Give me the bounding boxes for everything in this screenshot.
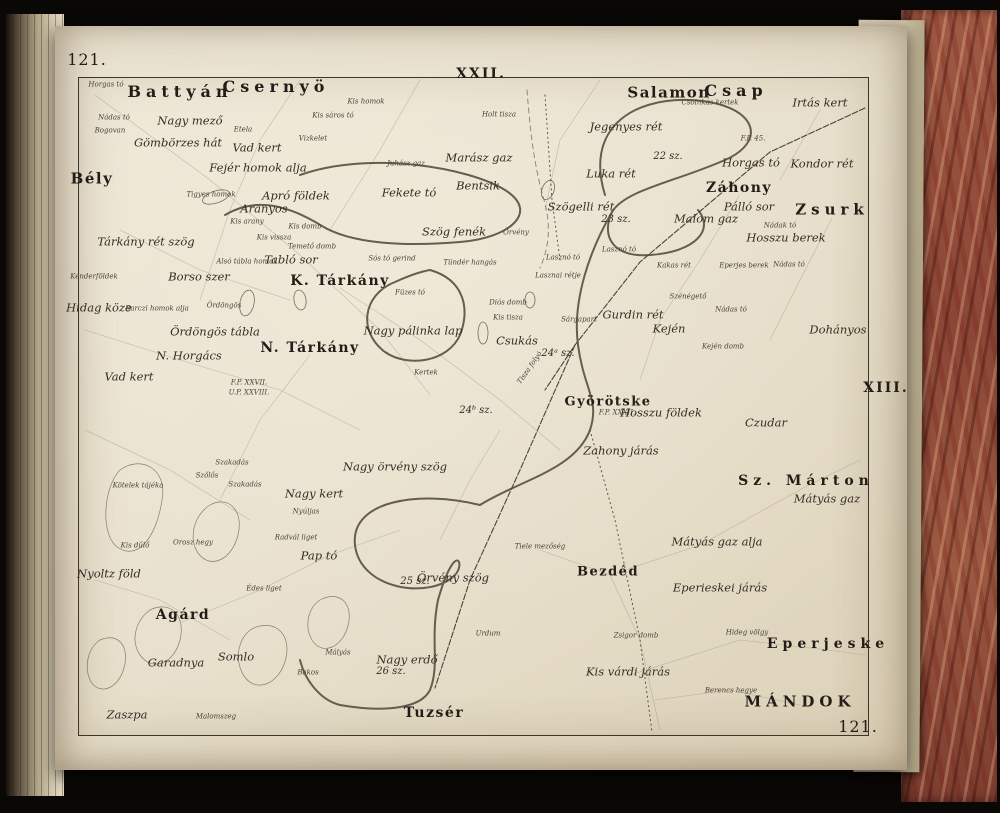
sheet-number-top: XXII. <box>456 67 506 81</box>
map-label: 24ᵇ sz. <box>459 406 492 416</box>
map-label: Édes liget <box>246 586 281 593</box>
map-label: Kején <box>653 323 686 335</box>
map-label: Aranyos <box>240 203 287 215</box>
map-label: Malom gaz <box>674 213 738 225</box>
map-label: Hidag köze <box>66 302 132 314</box>
map-label: Nádas tó <box>773 262 805 269</box>
map-label: Hosszu földek <box>620 407 702 419</box>
map-label: Hideg völgy <box>726 630 769 637</box>
map-label: Sárgapart <box>561 317 597 324</box>
map-label: Radvál liget <box>275 535 318 542</box>
map-label: Zaszpa <box>106 709 147 721</box>
map-label: Juhász gaz <box>387 161 425 168</box>
map-label: Holt tisza <box>482 112 516 119</box>
map-label: Eperjes berek <box>719 263 769 270</box>
map-labels-layer: 121. XXII. XIII. 121. Horgas tóBattyánCs… <box>0 0 1000 813</box>
page-number-bottom-right: 121. <box>838 719 878 735</box>
map-label: Nyúljas <box>293 509 320 516</box>
map-label: Sz. Márton <box>738 474 874 488</box>
map-label: Csernyö <box>223 79 330 95</box>
sheet-number-right: XIII. <box>863 381 908 395</box>
map-label: Tündér hangás <box>443 260 496 267</box>
map-label: Tabló sor <box>264 254 318 266</box>
map-label: Agárd <box>156 608 210 622</box>
map-label: Szénégető <box>670 294 707 301</box>
map-label: Barczi homok alja <box>125 306 189 313</box>
map-label: Szakadás <box>228 482 261 489</box>
map-label: Lasznó tó <box>602 247 636 254</box>
map-label: Fejér homok alja <box>209 162 306 174</box>
map-label: Tisza folyó <box>516 351 543 386</box>
map-label: Kis dűlő <box>121 543 150 550</box>
map-label: Lasznó tó <box>546 255 580 262</box>
map-label: 22 sz. <box>653 152 682 162</box>
map-label: Kertek <box>414 370 438 377</box>
map-label: Fekete tó <box>382 187 437 199</box>
map-label: Tárkány rét szög <box>97 236 194 248</box>
map-label: Luka rét <box>586 168 635 180</box>
map-label: Marász gaz <box>446 152 513 164</box>
map-label: Szögelli rét <box>548 201 615 213</box>
map-label: Etela <box>234 127 252 134</box>
map-label: Nagy mező <box>157 115 222 127</box>
map-label: Kötelek tájéka <box>113 483 164 490</box>
map-label: Zahony járás <box>583 445 658 457</box>
map-label: Zsigor domb <box>614 633 659 640</box>
map-label: Szőlős <box>196 473 219 480</box>
map-label: Kis homok <box>347 99 384 106</box>
map-label: Bély <box>71 172 114 187</box>
map-label: Csukás <box>496 335 538 347</box>
map-label: Bezdéd <box>577 566 639 579</box>
map-label: Kis arany <box>230 219 263 226</box>
map-label: Nádas tó <box>98 115 130 122</box>
map-label: Bakos <box>297 670 318 677</box>
map-label: Nagy pálinka lap <box>364 325 463 337</box>
map-label: Czudar <box>745 417 787 429</box>
map-label: Szög fenék <box>422 226 486 238</box>
map-label: Ördöngös tábla <box>170 326 260 338</box>
map-label: Ördöngös <box>207 303 242 310</box>
map-label: Diós domb <box>489 300 527 307</box>
map-label: N. Tárkány <box>260 341 359 355</box>
map-label: N. Horgács <box>156 350 222 362</box>
map-label: Irtás kert <box>793 97 848 109</box>
map-label: Tuzsér <box>404 706 464 720</box>
map-label: 23 sz. <box>601 215 630 225</box>
map-label: Kakas rét <box>657 263 691 270</box>
map-label: Horgas tó <box>722 157 780 169</box>
map-label: Kis vissza <box>257 235 292 242</box>
map-label: Zsurk <box>795 203 869 218</box>
map-label: Mályás <box>325 650 350 657</box>
map-label: Malomszeg <box>196 714 236 721</box>
map-label: K. Tárkány <box>290 274 390 288</box>
map-label: Dohányos <box>809 324 866 336</box>
map-label: Horgas tó <box>88 82 123 89</box>
map-label: Battyán <box>128 84 233 100</box>
map-label: Kis domb <box>288 224 321 231</box>
map-label: Kondor rét <box>791 158 854 170</box>
map-label: Vizkelet <box>299 136 327 143</box>
map-label: Mátyás gaz alja <box>671 536 762 548</box>
map-label: Somlo <box>218 651 254 663</box>
map-label: 24ᵃ sz. <box>541 349 574 359</box>
map-label: Sós tó gerind <box>368 256 415 263</box>
map-label: Örvény szög <box>417 572 489 584</box>
map-label: Gurdin rét <box>602 309 663 321</box>
map-label: Szakadás <box>215 460 248 467</box>
map-label: Nádak tó <box>764 223 796 230</box>
book-photo-background: {"" /* roads around towns */ } <box>0 0 1000 813</box>
map-label: Eperieskei járás <box>673 582 767 594</box>
map-label: Nagy kert <box>285 488 343 500</box>
map-label: Gömbörzes hát <box>134 137 222 149</box>
map-label: MÁNDOK <box>744 695 855 710</box>
map-label: Záhony <box>706 181 772 195</box>
map-label: Örvény <box>503 230 529 237</box>
map-label: Tigyes homok <box>186 192 235 199</box>
map-label: U.P. XXVIII. <box>229 390 270 397</box>
map-label: Lasznai rétje <box>535 273 581 280</box>
map-label: Borso szer <box>168 271 230 283</box>
map-label: Nagy erdő <box>376 654 437 666</box>
map-label: 26 sz. <box>376 667 405 677</box>
map-label: Orosz hegy <box>173 540 213 547</box>
map-label: Kis sáros tó <box>312 113 353 120</box>
page-number-top-left: 121. <box>67 52 107 68</box>
map-label: Kis tisza <box>493 315 523 322</box>
map-label: Nagy örvény szög <box>343 461 447 473</box>
map-label: Nyoltz föld <box>77 568 141 580</box>
map-label: Csolnkás kertek <box>681 100 738 107</box>
map-label: Kenderföldek <box>70 274 118 281</box>
map-label: Bogovan <box>95 128 126 135</box>
map-label: Hosszu berek <box>746 232 825 244</box>
map-label: Csap <box>704 83 767 99</box>
map-label: Nádas tó <box>715 307 747 314</box>
map-label: Urdum <box>476 631 501 638</box>
map-label: Garadnya <box>148 657 205 669</box>
map-label: Mátyás gaz <box>794 493 860 505</box>
map-label: Kis várdi járás <box>586 666 670 678</box>
map-label: Füzes tó <box>395 290 425 297</box>
map-label: Bentsik <box>456 180 500 192</box>
map-label: Jegenyes rét <box>590 121 663 133</box>
map-label: Pap tó <box>301 550 338 562</box>
map-label: F.P. XXVII. <box>231 380 268 387</box>
map-label: Vad kert <box>232 142 281 154</box>
map-label: F.P. 45. <box>741 136 766 143</box>
map-label: Apró földek <box>262 190 330 202</box>
map-label: Vad kert <box>104 371 153 383</box>
map-label: Kején domb <box>702 344 744 351</box>
map-label: Eperjeske <box>767 637 889 651</box>
map-label: Temető domb <box>288 244 336 251</box>
map-label: Tiele mezőség <box>515 544 566 551</box>
